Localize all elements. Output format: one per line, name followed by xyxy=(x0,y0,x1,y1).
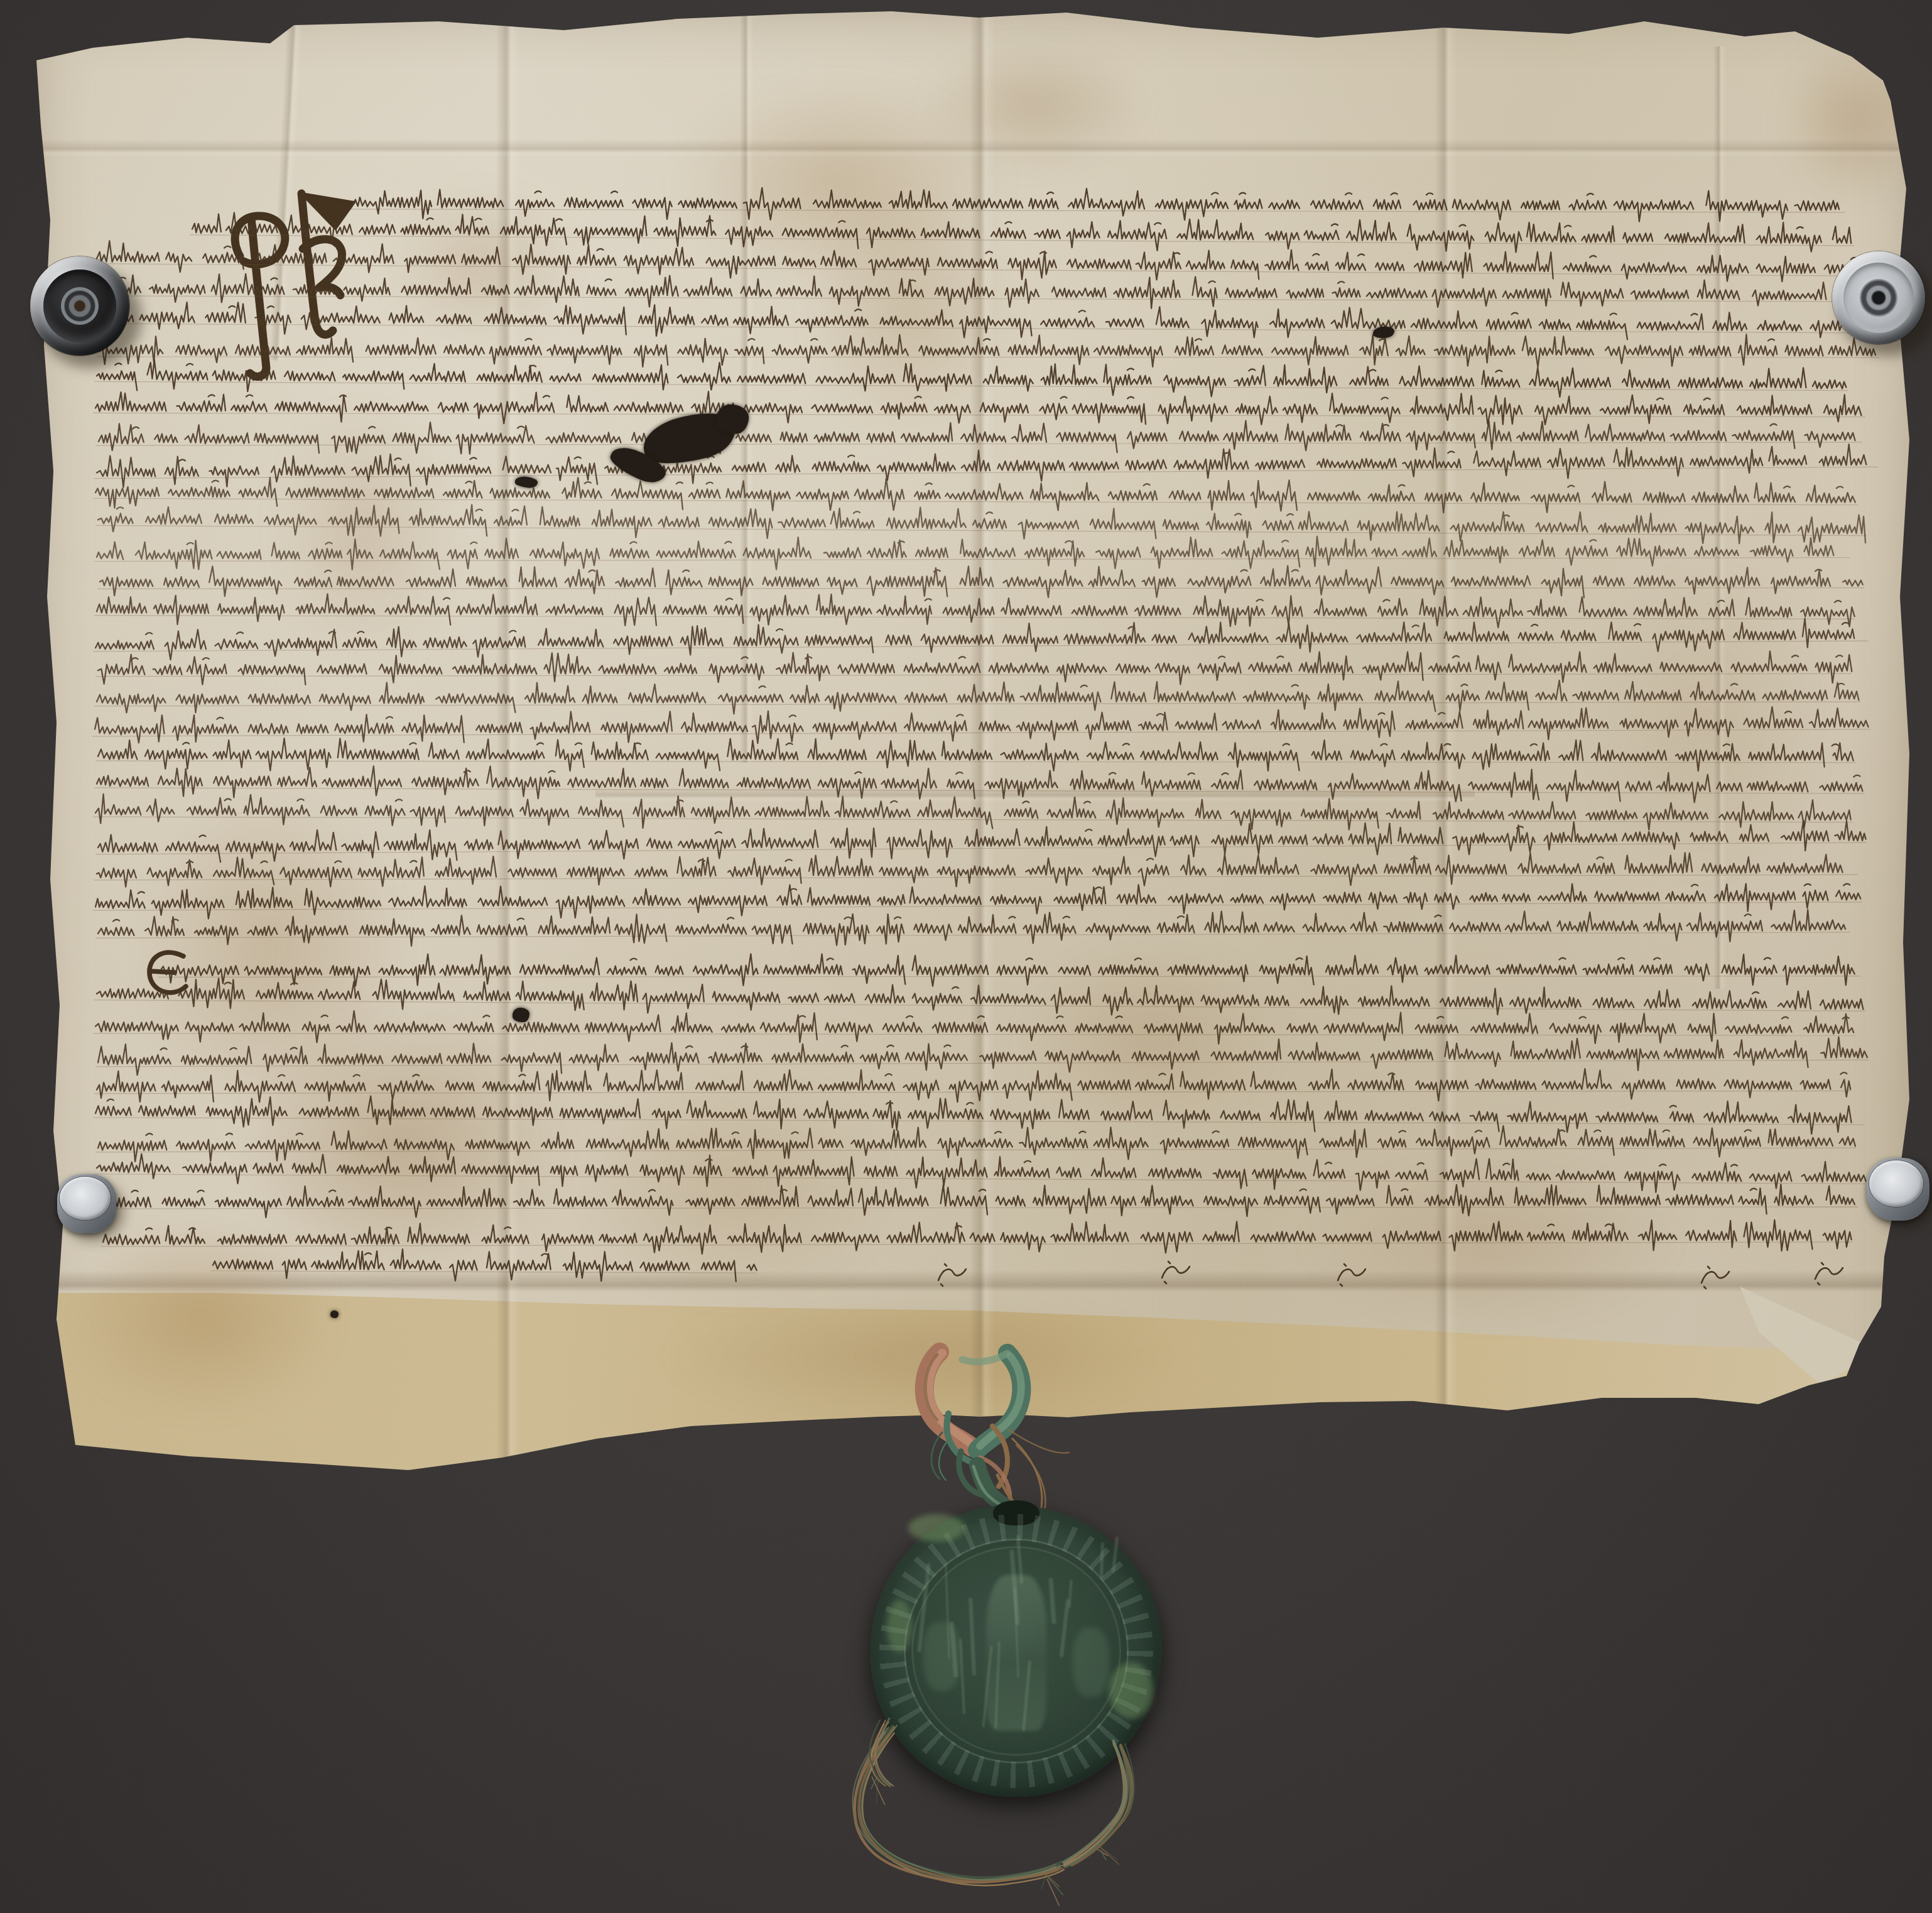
script-strokes xyxy=(95,1184,1855,1218)
line-filler-flourish xyxy=(1813,1260,1850,1288)
tassel-strand xyxy=(859,1726,1061,1878)
tassel-strand xyxy=(854,1735,1058,1883)
flourish-stroke xyxy=(1162,1262,1190,1284)
ruling-line xyxy=(95,932,1850,938)
ruling-line xyxy=(93,1207,1858,1209)
parchment xyxy=(30,9,1913,1479)
line-filler-flourish xyxy=(936,1262,974,1289)
seal-moss-highlight xyxy=(887,1600,912,1652)
cord-wrap xyxy=(962,1353,1007,1362)
weight-hub xyxy=(1860,279,1897,316)
flourish-stroke xyxy=(1815,1263,1843,1285)
tassel-strand xyxy=(859,1727,1060,1880)
text-block xyxy=(30,9,1913,1479)
tassel-strand xyxy=(855,1732,1055,1882)
metal-weight-top-right xyxy=(1832,251,1925,344)
script-strokes xyxy=(98,909,1845,947)
seal-moss-highlight xyxy=(908,1514,965,1542)
flourish-stroke xyxy=(1701,1267,1729,1289)
tassel-fray xyxy=(1041,1877,1046,1888)
seal-cords xyxy=(848,1307,1200,1520)
metal-weight-top-left xyxy=(30,256,129,356)
line-filler-flourish xyxy=(1699,1264,1737,1292)
script-line-body xyxy=(95,905,1850,951)
parchment-hole xyxy=(330,1311,339,1318)
line-filler-flourish xyxy=(1159,1259,1197,1287)
tassel-fray xyxy=(876,1779,877,1804)
cord-fray xyxy=(1009,1430,1069,1453)
tassel-fray xyxy=(1100,1847,1119,1865)
metal-weight-bottom-right xyxy=(1867,1158,1929,1221)
weight-hub xyxy=(61,287,99,325)
parchment-hole xyxy=(513,1008,529,1022)
ruling-line xyxy=(210,1271,757,1273)
tassel-strand xyxy=(862,1733,1064,1885)
tassel-strand xyxy=(852,1728,1055,1880)
flourish-stroke xyxy=(1338,1264,1365,1286)
script-line-last xyxy=(210,1244,757,1286)
metal-weight-bottom-left xyxy=(57,1174,116,1233)
tassels-svg xyxy=(817,1659,1256,1913)
line-filler-flourish xyxy=(1335,1262,1373,1289)
weight-face xyxy=(60,1177,111,1221)
cord-fray xyxy=(939,1441,947,1480)
tassel-fray xyxy=(1044,1872,1063,1895)
photograph-background xyxy=(0,0,1932,1913)
script-strokes xyxy=(213,1248,757,1282)
tassel-strand xyxy=(1063,1741,1125,1862)
weight-face xyxy=(1869,1160,1923,1207)
flourish-stroke xyxy=(938,1264,966,1286)
